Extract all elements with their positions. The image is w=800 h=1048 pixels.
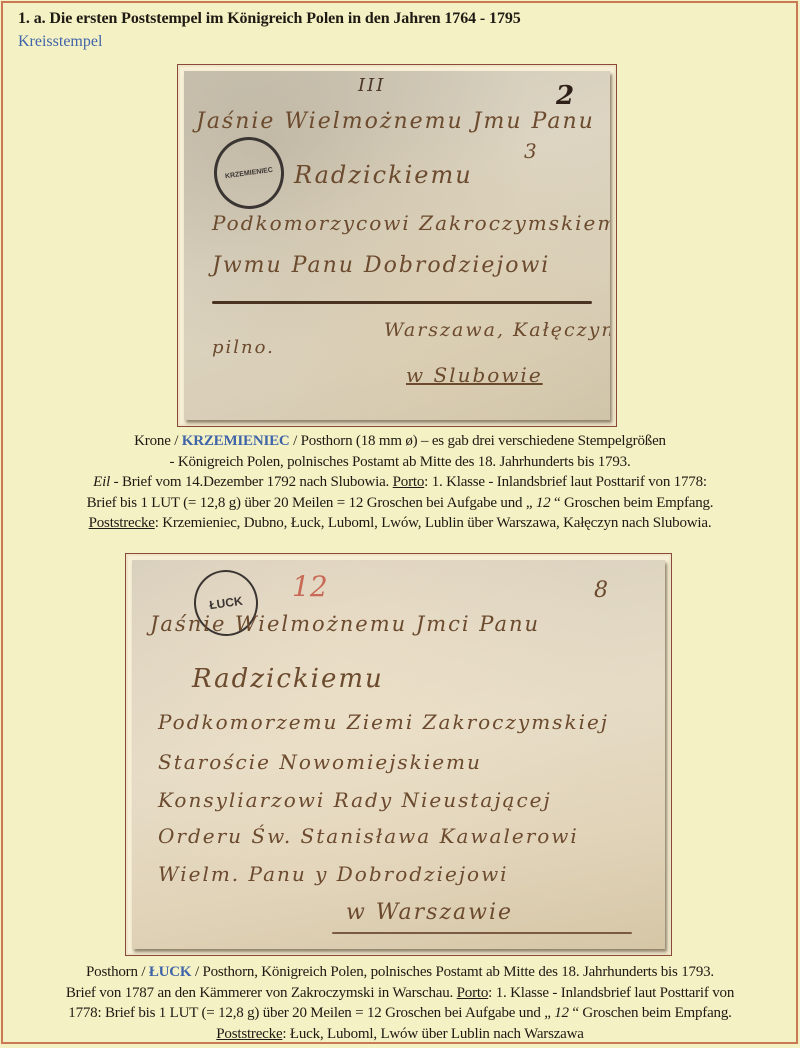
exhibit2-caption-line-3: 1778: Brief bis 1 LUT (= 12,8 g) über 20… <box>0 1003 800 1024</box>
exhibit1-frame: III 2 Jaśnie Wielmożnemu Jmu Panu KRZEMI… <box>177 64 617 427</box>
exhibit1-caption-line-2: - Königreich Polen, polnisches Postamt a… <box>0 452 800 473</box>
exhibit2-line-8: w Warszawie <box>346 900 513 925</box>
exhibit2-line-3: Podkomorzemu Ziemi Zakroczymskiej <box>158 710 609 734</box>
exhibit1-ruled-line <box>212 301 592 304</box>
exhibit1-caption-line-5: Poststrecke: Krzemieniec, Dubno, Łuck, L… <box>0 513 800 534</box>
exhibit1-letter-image: III 2 Jaśnie Wielmożnemu Jmu Panu KRZEMI… <box>184 71 610 420</box>
exhibit2-caption-line-2: Brief von 1787 an den Kämmerer von Zakro… <box>0 983 800 1004</box>
exhibit1-caption-line-1: Krone / KRZEMIENIEC / Posthorn (18 mm ø)… <box>0 431 800 452</box>
exhibit2-line-6: Orderu Św. Stanisława Kawalerowi <box>158 824 579 848</box>
exhibit2-ruled-line <box>332 932 632 934</box>
exhibit1-line-5: Warszawa, Kałęczyn <box>384 319 610 341</box>
exhibit2-caption: Posthorn / ŁUCK / Posthorn, Königreich P… <box>0 962 800 1044</box>
exhibit1-caption-line-4: Brief bis 1 LUT (= 12,8 g) über 20 Meile… <box>0 493 800 514</box>
exhibit1-line-2: Radzickiemu <box>294 161 473 189</box>
exhibit1-line-4: Jwmu Panu Dobrodziejowi <box>212 253 550 278</box>
exhibit2-line-7: Wielm. Panu y Dobrodziejowi <box>158 862 509 886</box>
exhibit2-caption-line-4: Poststrecke: Łuck, Luboml, Lwów über Lub… <box>0 1024 800 1045</box>
exhibit2-town-name: ŁUCK <box>149 964 192 980</box>
exhibit2-line-4: Staroście Nowomiejskiemu <box>158 750 482 774</box>
exhibit1-line-1: Jaśnie Wielmożnemu Jmu Panu <box>196 109 595 134</box>
exhibit2-red-porto-mark: 12 <box>292 570 328 603</box>
exhibit2-line-2: Radzickiemu <box>192 664 384 694</box>
exhibit2-letter-image: ŁUCK 12 8 Jaśnie Wielmożnemu Jmci Panu R… <box>132 560 665 949</box>
exhibit1-town-name: KRZEMIENIEC <box>182 433 290 449</box>
exhibit2-line-5: Konsyliarzowi Rady Nieustającej <box>158 788 552 812</box>
exhibit1-line-3: Podkomorzycowi Zakroczymskiemu <box>212 211 610 235</box>
exhibit2-frame: ŁUCK 12 8 Jaśnie Wielmożnemu Jmci Panu R… <box>125 553 672 956</box>
exhibit2-line-1: Jaśnie Wielmożnemu Jmci Panu <box>150 612 540 636</box>
exhibit1-line-6: w Slubowie <box>406 363 543 387</box>
exhibit2-mark-top-right: 8 <box>594 578 610 603</box>
exhibit1-mark-top-left: III <box>358 75 385 96</box>
page-subtitle: Kreisstempel <box>18 33 102 51</box>
exhibit1-stamp-krzemieniec: KRZEMIENIEC <box>209 132 288 213</box>
exhibit1-mark-top-right: 2 <box>556 81 576 111</box>
exhibit1-caption: Krone / KRZEMIENIEC / Posthorn (18 mm ø)… <box>0 431 800 534</box>
page-title: 1. a. Die ersten Poststempel im Königrei… <box>18 10 521 28</box>
exhibit1-mark-bottom-left: pilno. <box>212 337 275 358</box>
exhibit1-mark-middle-right: 3 <box>524 139 539 163</box>
exhibit1-caption-line-3: Eil - Brief vom 14.Dezember 1792 nach Sl… <box>0 472 800 493</box>
exhibit2-caption-line-1: Posthorn / ŁUCK / Posthorn, Königreich P… <box>0 962 800 983</box>
